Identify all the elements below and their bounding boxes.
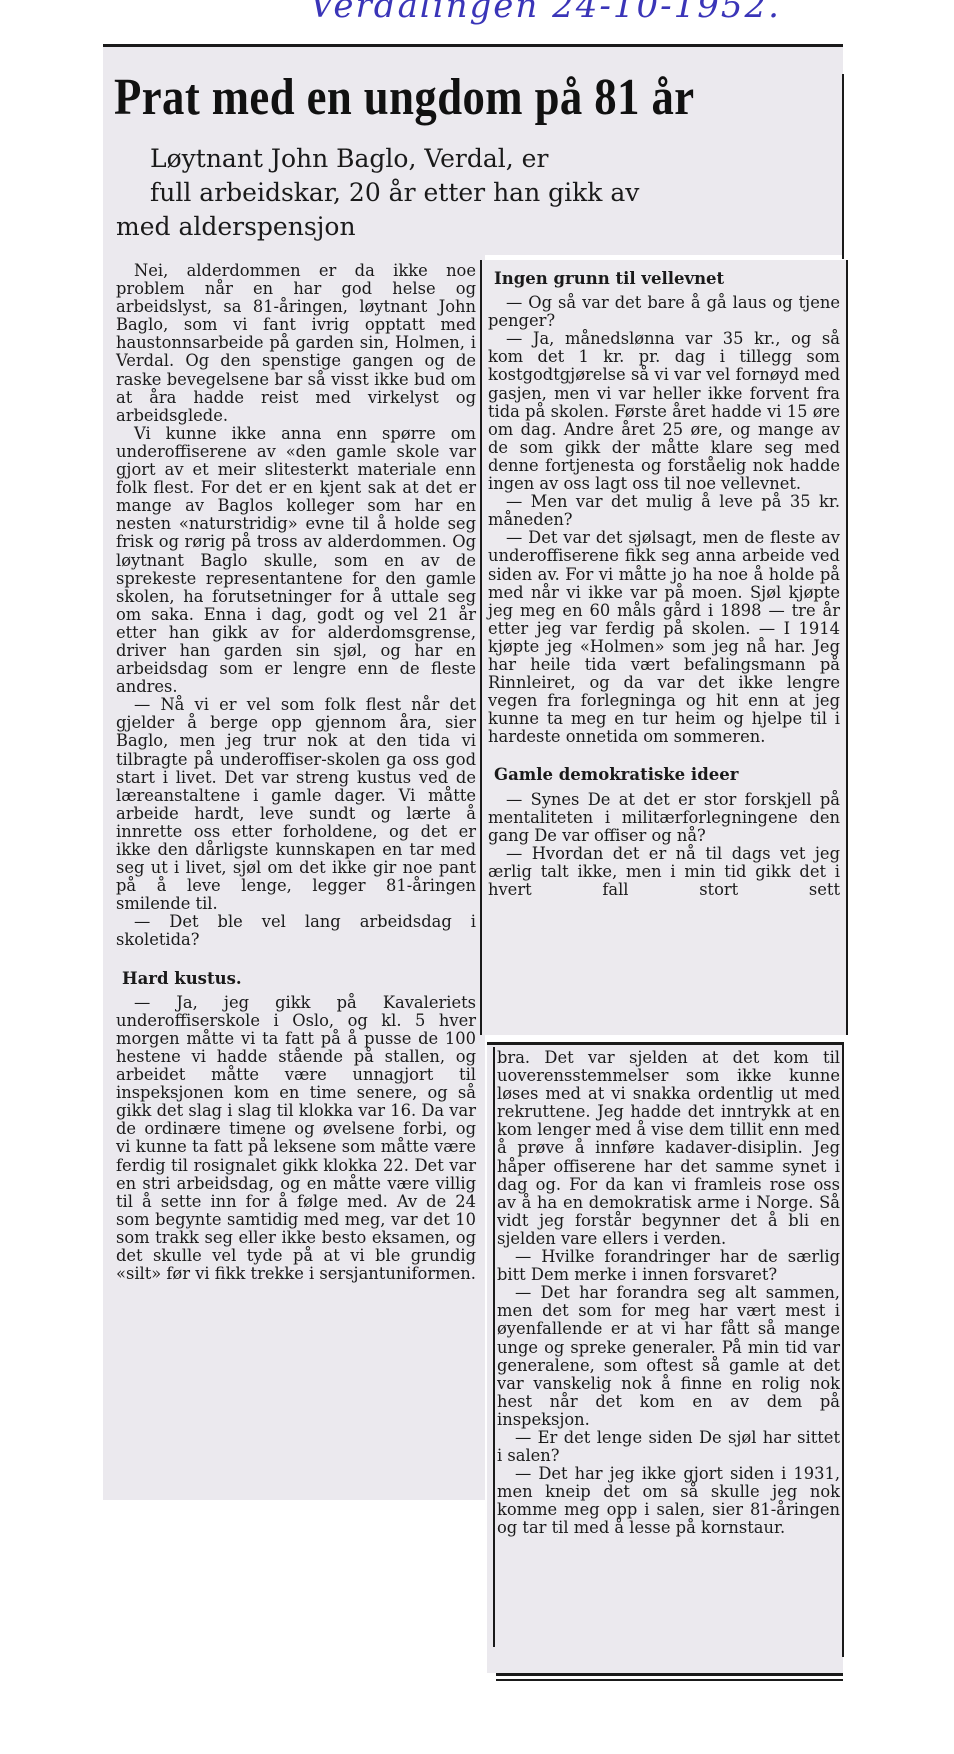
- paragraph: — Synes De at det er stor forskjell på m…: [488, 791, 840, 845]
- paragraph: — Ja, jeg gikk på Kavaleriets underoffis…: [116, 994, 476, 1284]
- top-rule: [103, 44, 843, 47]
- paragraph: — Nå vi er vel som folk flest når det gj…: [116, 696, 476, 913]
- article-subheadline: Løytnant John Baglo, Verdal, er full arb…: [150, 142, 639, 244]
- left-column-text: Nei, alderdommen er da ikke noe problem …: [116, 262, 476, 1283]
- paragraph: — Hvordan det er nå til dags vet jeg ærl…: [488, 845, 840, 899]
- paragraph: bra. Det var sjelden at det kom til uove…: [497, 1049, 840, 1248]
- paragraph: — Er det lenge siden De sjøl har sittet …: [497, 1429, 840, 1465]
- paragraph: — Men var det mulig å leve på 35 kr. mån…: [488, 493, 840, 529]
- paragraph: — Hvilke forandringer har de særlig bitt…: [497, 1248, 840, 1284]
- header-right-rule: [842, 74, 844, 259]
- column-divider-rule: [493, 1047, 495, 1647]
- section-subheading: Gamle demokratiske ideer: [494, 766, 840, 784]
- handwritten-source-date-annotation: Verdalingen 24-10-1952.: [310, 0, 781, 26]
- paragraph: — Det var det sjølsagt, men de fleste av…: [488, 529, 840, 746]
- closing-rule: [496, 1679, 843, 1681]
- subheadline-line: full arbeidskar, 20 år etter han gikk av: [150, 176, 639, 210]
- closing-rule: [496, 1673, 843, 1676]
- right-column-top-text: Ingen grunn til vellevnet — Og så var de…: [488, 270, 840, 899]
- subheadline-line: Løytnant John Baglo, Verdal, er: [150, 142, 639, 176]
- paragraph: — Det ble vel lang arbeidsdag i skoletid…: [116, 913, 476, 949]
- section-subheading: Ingen grunn til vellevnet: [494, 270, 840, 288]
- article-headline: Prat med en ungdom på 81 år: [114, 68, 695, 128]
- right-column-bottom-text: bra. Det var sjelden at det kom til uove…: [497, 1049, 840, 1538]
- paragraph: Nei, alderdommen er da ikke noe problem …: [116, 262, 476, 425]
- paragraph: — Det har jeg ikke gjort siden i 1931, m…: [497, 1465, 840, 1537]
- paragraph: Vi kunne ikke anna enn spørre om underof…: [116, 425, 476, 696]
- section-subheading: Hard kustus.: [122, 970, 476, 988]
- subheadline-line: med alderspensjon: [116, 210, 639, 244]
- paragraph: — Det har forandra seg alt sammen, men d…: [497, 1284, 840, 1429]
- right-column-bottom-rule: [842, 1042, 844, 1657]
- paragraph: — Og så var det bare å gå laus og tjene …: [488, 294, 840, 330]
- paragraph: — Ja, månedslønna var 35 kr., og så kom …: [488, 330, 840, 493]
